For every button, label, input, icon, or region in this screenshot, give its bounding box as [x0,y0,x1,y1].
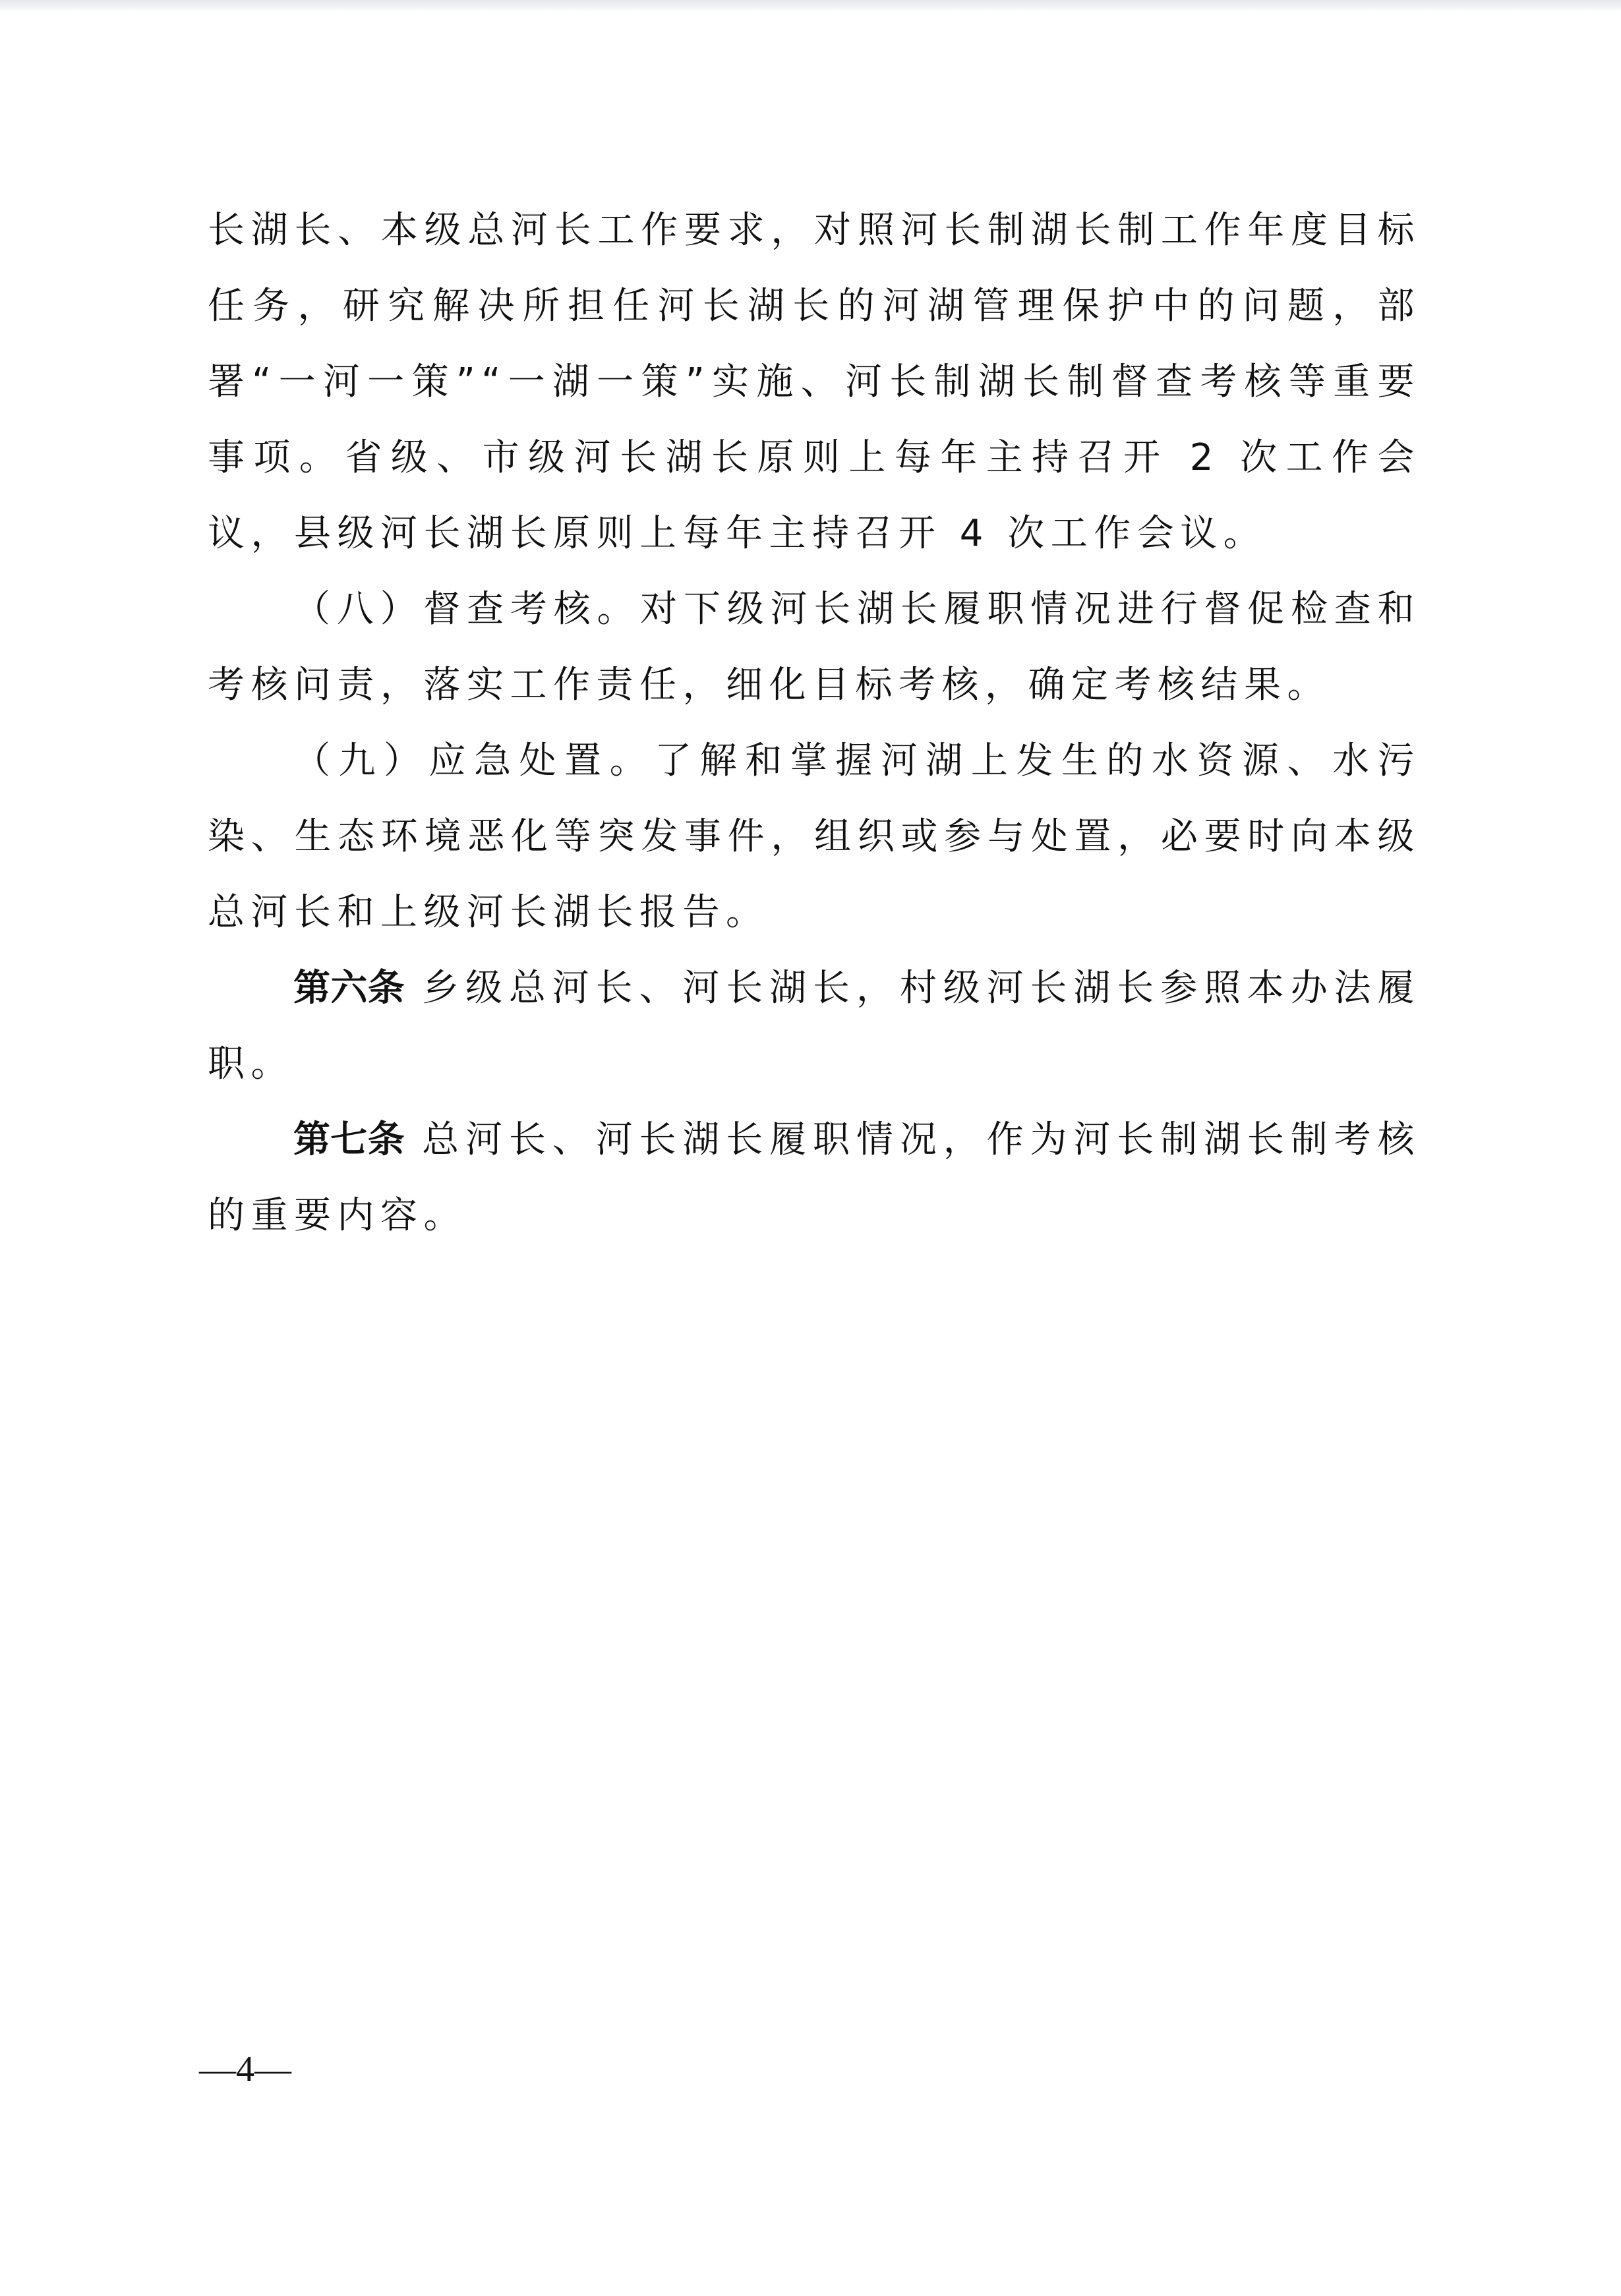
paragraph-item-9: （九）应急处置。了解和掌握河湖上发生的水资源、水污染、生态环境恶化等突发事件，组… [208,723,1421,950]
scan-edge [0,0,1621,12]
article-7-number: 第七条 [293,1118,405,1161]
page-body: 长湖长、本级总河长工作要求，对照河长制湖长制工作年度目标任务，研究解决所担任河长… [208,192,1421,1253]
article-6-number: 第六条 [293,967,405,1010]
article-7: 第七条总河长、河长湖长履职情况，作为河长制湖长制考核的重要内容。 [208,1102,1421,1253]
paragraph-item-8: （八）督查考核。对下级河长湖长履职情况进行督促检查和考核问责，落实工作责任，细化… [208,571,1421,723]
paragraph-continuation: 长湖长、本级总河长工作要求，对照河长制湖长制工作年度目标任务，研究解决所担任河长… [208,192,1421,571]
page-number: —4— [199,2050,291,2089]
article-6: 第六条乡级总河长、河长湖长，村级河长湖长参照本办法履职。 [208,950,1421,1102]
